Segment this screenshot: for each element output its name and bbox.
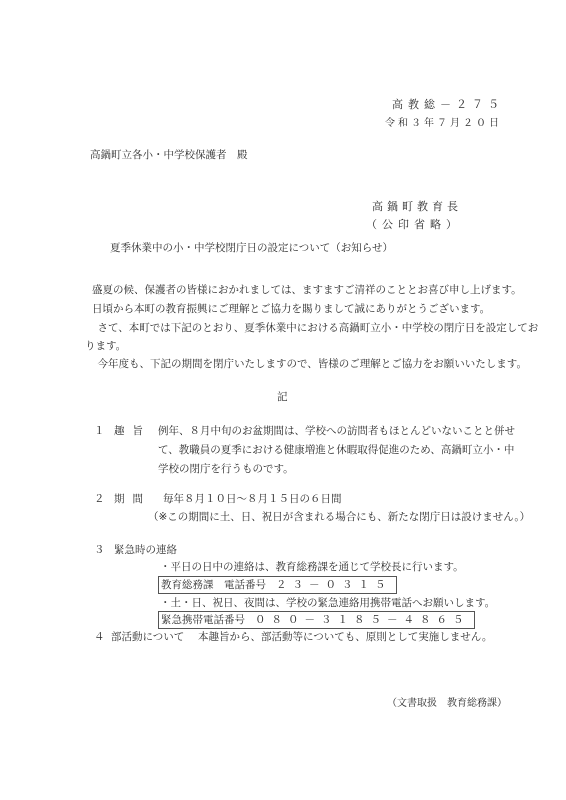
emergency-mobile-number: ０８０－３１８５－４８６５ — [255, 614, 470, 626]
body-line: 日頃から本町の教育振興にご理解とご協力を賜りまして誠にありがとうございます。 — [92, 302, 490, 316]
weekday-contact-note: ・平日の日中の連絡は、教育総務課を通じて学校長に行います。 — [160, 560, 464, 574]
item-text: て、教職員の夏季における健康増進と休暇取得促進のため、高鍋町立小・中 — [158, 443, 514, 457]
period-dates: 毎年８月１０日～８月１５日の６日間 — [163, 492, 342, 506]
item-label: 部活動について — [111, 630, 184, 644]
sender-title: 高鍋町教育長 — [372, 198, 462, 214]
item-number: ４ — [94, 630, 105, 644]
item-label: 趣旨 — [114, 424, 151, 438]
period-note: （※この期間に土、日、祝日が含まれる場合にも、新たな閉庁日は設けません。） — [148, 510, 530, 524]
item-number: ２ — [94, 492, 105, 506]
item-text: 学校の閉庁を行うものです。 — [158, 462, 294, 476]
weekday-contact-label: 教育総務課 電話番号 — [161, 579, 266, 591]
item-number: ３ — [94, 543, 105, 557]
handling-department: （文書取扱 教育総務課） — [387, 694, 507, 709]
document-number: 高教総－２７５ — [392, 96, 504, 112]
item-number: １ — [94, 424, 105, 438]
body-line: 今年度も、下記の期間を閉庁いたしますので、皆様のご理解とご協力をお願いいたします… — [87, 357, 527, 371]
body-line: さて、本町では下記のとおり、夏季休業中における高鍋町立小・中学校の閉庁日を設定し… — [87, 321, 538, 335]
document-date: 令和３年７月２０日 — [385, 114, 502, 129]
body-line: 盛夏の候、保護者の皆様におかれましては、ますますご清祥のこととお喜び申し上げます… — [92, 283, 522, 297]
item-label: 緊急時の連絡 — [114, 543, 177, 557]
recipient: 高鍋町立各小・中学校保護者 殿 — [90, 148, 248, 162]
note-marker: 記 — [277, 389, 288, 404]
body-line: ります。 — [85, 339, 126, 353]
weekday-phone-number: ２３－０３１５ — [276, 579, 392, 591]
holiday-contact-note: ・土・日、祝日、夜間は、学校の緊急連絡用携帯電話へお願いします。 — [160, 596, 495, 610]
holiday-contact-label: 緊急携帯電話番号 — [161, 614, 245, 626]
item-label: 期間 — [114, 492, 151, 506]
item-text: 例年、８月中旬のお盆期間は、学校への訪問者もほとんどいないことと併せ — [158, 424, 515, 438]
weekday-contact-box: 教育総務課 電話番号２３－０３１５ — [158, 576, 397, 594]
item-text: 本趣旨から、部活動等についても、原則として実施しません。 — [198, 630, 492, 644]
seal-omitted-note: （公印省略） — [366, 216, 462, 232]
document-subject: 夏季休業中の小・中学校閉庁日の設定について（お知らせ） — [110, 241, 393, 255]
holiday-contact-box: 緊急携帯電話番号０８０－３１８５－４８６５ — [158, 611, 475, 629]
